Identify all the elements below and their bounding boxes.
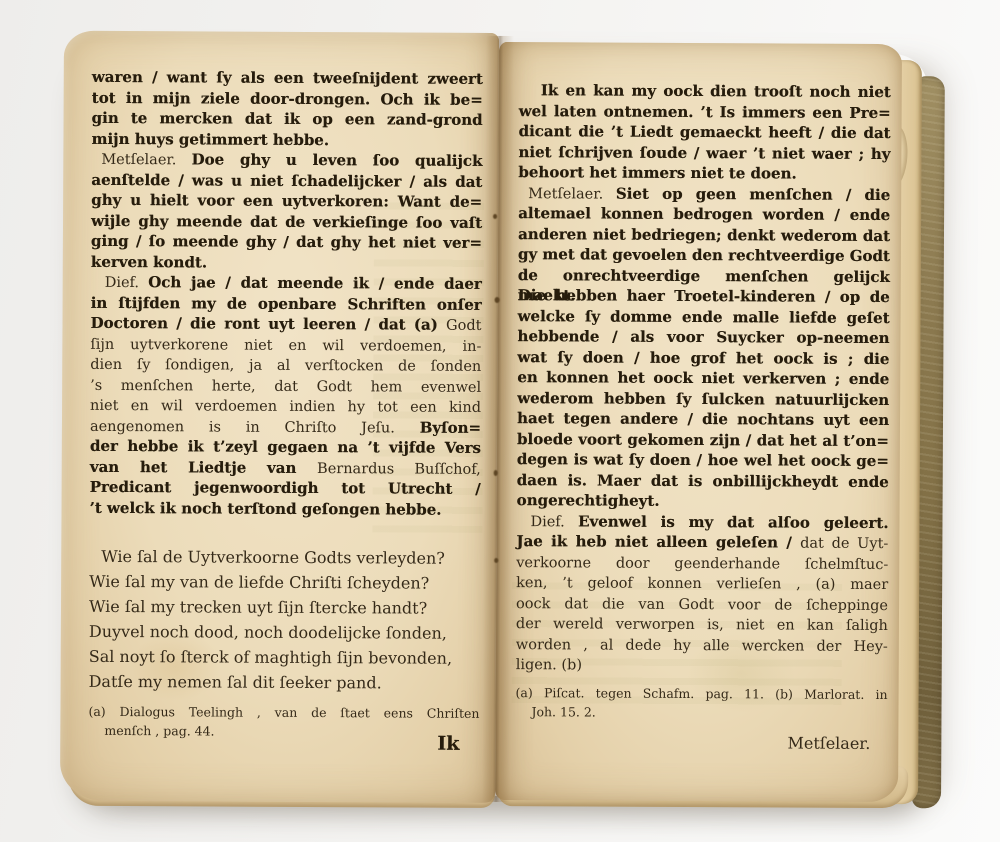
text-segment: dat de Uyt- (800, 536, 888, 552)
text-line: niet en wil verdoemen indien hy tot een … (90, 395, 481, 418)
text-segment: welcke ſy domme ende malle liefde geſet (518, 307, 890, 327)
text-line: welcke ſy domme ende malle liefde geſet (517, 306, 889, 328)
text-line: Datſe my nemen ſal dit ſeeker pand. (89, 669, 480, 696)
text-segment: ongerechtigheyt. (517, 491, 660, 510)
text-segment: verkoorne door geenderhande ſchelmſtuc- (516, 555, 888, 573)
body-block: Ik en kan my oock dien trooſt noch nietw… (516, 80, 891, 676)
text-line: haet tegen andere / die nochtans uyt een (517, 408, 889, 430)
text-segment: worden , al dede hy alle wercken der Hey… (516, 637, 888, 655)
footnote-block: (a) Piſcat. tegen Schafm. pag. 11. (b) M… (515, 682, 887, 722)
text-segment: hebbende / als voor Suycker op-neemen (517, 327, 889, 347)
text-segment: wel laten ontnemen. ’t Is immers een Pre… (519, 102, 891, 122)
text-line: ſijn uytverkorene niet en wil verdoemen,… (90, 333, 481, 356)
text-segment: wat ſy doen / hoe grof het oock is ; die (517, 348, 889, 368)
text-line: ging / ſo meende ghy / dat ghy het niet … (91, 231, 482, 254)
text-line: Die hebben haer Troetel-kinderen / op de (518, 285, 890, 307)
text-line: ligen. (b) (516, 654, 888, 676)
text-line: aengenomen is in Chriſto Jeſu. Byſon= (90, 415, 481, 438)
text-line: degen is wat ſy doen / hoe wel het oock … (517, 449, 889, 471)
text-line: dicant die ’t Liedt gemaeckt heeft / die… (518, 121, 890, 143)
text-line: verkoorne door geenderhande ſchelmſtuc- (516, 552, 888, 574)
gutter-speck (493, 214, 497, 219)
text-line: in ſtijfden my de openbare Schriften onſ… (91, 292, 482, 315)
text-segment: ſijn uytverkorene niet en wil verdoemen,… (90, 336, 481, 354)
text-segment: ging / ſo meende ghy / dat ghy het niet … (91, 232, 482, 252)
text-line: Joh. 15. 2. (515, 701, 887, 722)
text-segment: ghy u hielt voor een uytverkoren: Want d… (91, 191, 482, 211)
text-segment: oock dat die van Godt voor de ſcheppinge (516, 596, 888, 614)
text-segment: menſch , pag. 44. (104, 723, 214, 739)
text-segment: Dief. (530, 514, 578, 530)
text-segment: aenſtelde / was u niet ſchadelijcker / a… (91, 170, 482, 190)
text-segment: aengenomen is in Chriſto Jeſu. (90, 418, 420, 436)
text-segment: Sal noyt ſo ſterck of maghtigh ſijn bevo… (89, 647, 452, 668)
text-line: daen is. Maer dat is onbillijckheydt end… (517, 470, 889, 492)
text-line: tot in mijn ziele door-drongen. Och ik b… (92, 87, 483, 110)
text-line: anderen niet bedriegen; denkt wederom da… (518, 224, 890, 246)
text-line: wijle ghy meende dat de verkieſinge ſoo … (91, 210, 482, 233)
right-page-text: Ik en kan my oock dien trooſt noch nietw… (515, 80, 890, 721)
text-line: Predicant jegenwoordigh tot Utrecht / (90, 477, 481, 500)
text-line: ’s menſchen herte, dat Godt hem evenwel (90, 374, 481, 397)
text-segment: waren / want ſy als een tweeſnijdent zwe… (92, 68, 483, 88)
text-segment: Godt (446, 318, 482, 334)
text-segment: wijle ghy meende dat de verkieſinge ſoo … (91, 211, 482, 231)
poem-block: Wie ſal de Uytverkoorne Godts verleyden?… (89, 544, 481, 696)
text-segment: Wie ſal de Uytverkoorne Godts verleyden? (101, 547, 445, 568)
text-segment: Datſe my nemen ſal dit ſeeker pand. (89, 672, 382, 693)
text-line: Dief. Och jae / dat meende ik / ende dae… (91, 272, 482, 295)
text-line: wel laten ontnemen. ’t Is immers een Pre… (519, 101, 891, 123)
text-line: Wie ſal de Uytverkoorne Godts verleyden? (89, 544, 480, 571)
text-line: ghy u hielt voor een uytverkoren: Want d… (91, 190, 482, 213)
text-line: Wie ſal my trecken uyt ſijn ſtercke hand… (89, 594, 480, 621)
text-segment: van het Liedtje van (90, 457, 317, 476)
text-line: bloede voort gekomen zijn / dat het al t… (517, 429, 889, 451)
text-line: wat ſy doen / hoe grof het oock is ; die (517, 347, 889, 369)
text-segment: ’s menſchen herte, dat Godt hem evenwel (90, 377, 481, 395)
text-line: niet ſchrijven ſoude / waer ’t niet waer… (518, 142, 890, 164)
text-line: aenſtelde / was u niet ſchadelijcker / a… (91, 169, 482, 192)
text-line: der wereld verworpen is, niet en kan ſal… (516, 613, 888, 635)
text-line: altemael konnen bedrogen worden / ende (518, 203, 890, 225)
text-segment: in ſtijfden my de openbare Schriften onſ… (91, 293, 482, 313)
text-line: wederom hebben ſy ſulcken natuurlijcken (517, 388, 889, 410)
text-line: gin te mercken dat ik op een zand-grond (92, 108, 483, 131)
text-segment: mijn huys getimmert hebbe. (91, 129, 329, 148)
text-segment: Doctoren / die ront uyt leeren / dat (a) (90, 314, 446, 334)
text-segment: Doe ghy u leven ſoo qualijck (192, 150, 483, 170)
text-segment: dien ſy ſondigen, ja al verſtocken de ſo… (90, 357, 481, 375)
text-segment: Siet op geen menſchen / die (616, 184, 890, 203)
gutter-speck (495, 297, 500, 303)
text-line: behoort het immers niet te doen. (518, 162, 890, 184)
text-line: gy met dat gevoelen den rechtveerdige Go… (518, 244, 890, 266)
text-segment: Wie ſal my trecken uyt ſijn ſtercke hand… (89, 597, 427, 618)
text-segment: Ik en kan my oock dien trooſt noch niet (541, 81, 891, 101)
text-segment: der wereld verworpen is, niet en kan ſal… (516, 616, 888, 634)
text-segment: wederom hebben ſy ſulcken natuurlijcken (517, 389, 889, 409)
gutter-speck (494, 558, 498, 563)
text-line: Sal noyt ſo ſterck of maghtigh ſijn bevo… (89, 644, 480, 671)
text-segment: gy met dat gevoelen den rechtveerdige Go… (518, 245, 890, 265)
text-segment: (a) Dialogus Teelingh , van de ſtaet een… (88, 704, 479, 721)
text-segment: degen is wat ſy doen / hoe wel het oock … (517, 450, 889, 470)
text-segment: Predicant jegenwoordigh tot Utrecht / (90, 478, 481, 498)
text-line: (a) Piſcat. tegen Schafm. pag. 11. (b) M… (516, 682, 888, 703)
text-segment: Bernardus Buſſchof, (317, 461, 481, 478)
text-segment: bloede voort gekomen zijn / dat het al t… (517, 430, 889, 450)
text-line: Ik en kan my oock dien trooſt noch niet (519, 80, 891, 102)
text-segment: gin te mercken dat ik op een zand-grond (92, 109, 483, 129)
text-line: Metſelaer. Doe ghy u leven ſoo qualijck (91, 149, 482, 172)
text-line: ken, ’t geloof konnen verlieſen , (a) ma… (516, 572, 888, 594)
text-segment: Byſon= (420, 418, 481, 436)
text-segment: Och jae / dat meende ik / ende daer (148, 273, 482, 293)
text-line: de onrechtveerdige menſchen gelijck maek… (518, 265, 890, 287)
text-segment: Evenwel is my dat alſoo geleert. (578, 512, 889, 532)
text-segment: tot in mijn ziele door-drongen. Och ik b… (92, 88, 483, 108)
page-right: Ik en kan my oock dien trooſt noch nietw… (495, 42, 902, 802)
text-line: der hebbe ik t’zeyl gegaen na ’t vijfde … (90, 436, 481, 459)
text-segment: Joh. 15. 2. (531, 704, 595, 719)
text-segment: ’t welck ik noch terſtond geſongen hebbe… (89, 498, 441, 518)
text-segment: der hebbe ik t’zeyl gegaen na ’t vijfde … (90, 437, 481, 457)
catchword: Metſelaer. (787, 734, 870, 753)
text-segment: behoort het immers niet te doen. (518, 163, 796, 182)
text-line: Wie ſal my van de liefde Chriſti ſcheyde… (89, 569, 480, 596)
text-segment: (a) Piſcat. tegen Schafm. pag. 11. (b) M… (516, 685, 888, 702)
text-line: Doctoren / die ront uyt leeren / dat (a)… (90, 313, 481, 336)
text-segment: kerven kondt. (91, 252, 207, 271)
text-segment: Dief. (105, 275, 148, 291)
text-segment: Die hebben haer Troetel-kinderen / op de (518, 286, 890, 306)
text-line: dien ſy ſondigen, ja al verſtocken de ſo… (90, 354, 481, 377)
text-line: hebbende / als voor Suycker op-neemen (517, 326, 889, 348)
gutter-speck (494, 470, 498, 476)
text-line: mijn huys getimmert hebbe. (91, 128, 482, 151)
text-segment: Duyvel noch dood, noch doodelijcke ſonde… (89, 622, 447, 643)
text-segment: Wie ſal my van de liefde Chriſti ſcheyde… (89, 572, 429, 593)
text-line: kerven kondt. (91, 251, 482, 274)
text-line: van het Liedtje van Bernardus Buſſchof, (90, 456, 481, 479)
text-line: ’t welck ik noch terſtond geſongen hebbe… (89, 497, 480, 520)
text-line: waren / want ſy als een tweeſnijdent zwe… (92, 67, 483, 90)
text-line: Duyvel noch dood, noch doodelijcke ſonde… (89, 619, 480, 646)
text-line: (a) Dialogus Teelingh , van de ſtaet een… (88, 701, 479, 722)
text-segment: niet ſchrijven ſoude / waer ’t niet waer… (518, 143, 890, 163)
book: waren / want ſy als een tweeſnijdent zwe… (0, 0, 1000, 842)
text-segment: en konnen het oock niet verkerven ; ende (517, 368, 889, 388)
text-line: oock dat die van Godt voor de ſcheppinge (516, 593, 888, 615)
text-line: menſch , pag. 44. (88, 720, 479, 741)
text-line: Metſelaer. Siet op geen menſchen / die (518, 183, 890, 205)
page-left: waren / want ſy als een tweeſnijdent zwe… (60, 31, 499, 803)
catchword: Ik (437, 733, 459, 755)
text-line: worden , al dede hy alle wercken der Hey… (516, 634, 888, 656)
text-segment: haet tegen andere / die nochtans uyt een (517, 409, 889, 429)
text-segment: anderen niet bedriegen; denkt wederom da… (518, 225, 890, 245)
text-line: ongerechtigheyt. (517, 490, 889, 512)
text-line: Dief. Evenwel is my dat alſoo geleert. (516, 511, 888, 533)
text-segment: dicant die ’t Liedt gemaeckt heeft / die… (518, 122, 890, 142)
text-line: Jae ik heb niet alleen geleſen / dat de … (516, 531, 888, 553)
text-segment: daen is. Maer dat is onbillijckheydt end… (517, 471, 889, 491)
text-segment: ligen. (b) (516, 657, 582, 673)
text-segment: Metſelaer. (528, 186, 616, 202)
text-line: en konnen het oock niet verkerven ; ende (517, 367, 889, 389)
text-segment: altemael konnen bedrogen worden / ende (518, 204, 890, 224)
photo-background: waren / want ſy als een tweeſnijdent zwe… (0, 0, 1000, 842)
body-block: waren / want ſy als een tweeſnijdent zwe… (89, 67, 482, 520)
text-segment: niet en wil verdoemen indien hy tot een … (90, 398, 481, 416)
text-segment: ken, ’t geloof konnen verlieſen , (a) ma… (516, 575, 888, 593)
left-page-text: waren / want ſy als een tweeſnijdent zwe… (88, 67, 483, 741)
footnote-block: (a) Dialogus Teelingh , van de ſtaet een… (88, 701, 479, 741)
text-segment: Metſelaer. (101, 152, 191, 168)
text-segment: Jae ik heb niet alleen geleſen / (516, 532, 800, 551)
